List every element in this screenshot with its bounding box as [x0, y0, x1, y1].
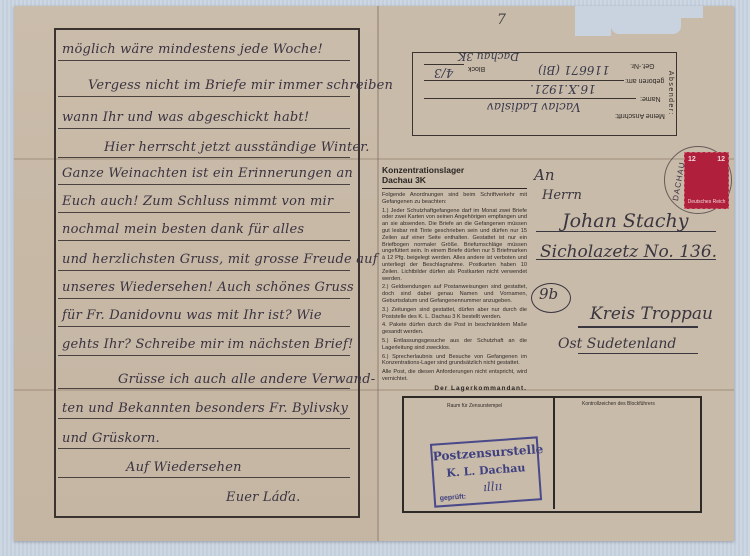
letter-line: unseres Wiedersehen! Auch schönes Gruss	[62, 280, 354, 295]
ruled-line	[58, 298, 350, 299]
letter-line: wann Ihr und was abgeschickt habt!	[62, 110, 309, 125]
sender-label-name: Name:	[640, 95, 661, 102]
sender-label-address: Meine Anschrift:	[615, 112, 665, 119]
letter-line: Ganze Weinachten ist ein Erinnerungen an	[62, 166, 353, 181]
regulations-item: Alle Post, die diesen Anforderungen nich…	[382, 369, 527, 383]
ruled-line	[58, 128, 350, 129]
letter-line: und Grüskorn.	[62, 431, 160, 446]
regulations-item: 1.) Jeder Schutzhaftgefangene darf im Mo…	[382, 208, 527, 283]
torn-edge	[575, 6, 611, 36]
recipient-district-no: 9b	[539, 285, 558, 303]
recipient-salutation: An	[534, 166, 555, 184]
regulations-item: 4. Pakete dürfen durch die Post in besch…	[382, 322, 527, 336]
ruled-line	[58, 388, 350, 389]
censor-label-right: Kontrollzeichen des Blockführers	[582, 401, 655, 407]
regulations-panel: Konzentrationslager Dachau 3K Folgende A…	[382, 165, 527, 392]
sender-rule	[424, 80, 624, 81]
sender-name: Vaclav Ladislav	[487, 100, 581, 114]
ruled-line	[58, 326, 350, 327]
ruled-line	[58, 448, 350, 449]
torn-edge	[681, 6, 703, 18]
sender-block-no: 4/3	[434, 66, 453, 80]
letter-line: nochmal mein besten dank für alles	[62, 222, 304, 237]
sender-rule	[424, 64, 464, 65]
stamp-value: 12	[688, 156, 696, 163]
ruled-line	[58, 355, 350, 356]
letter-line: Auf Wiedersehen	[126, 460, 242, 475]
censor-stamp-checked: geprüft:	[440, 493, 467, 502]
censor-stamp-line2: K. L. Dachau	[434, 460, 539, 480]
sender-rule	[424, 98, 636, 99]
recipient-region: Ost Sudetenland	[558, 336, 676, 352]
ruled-line	[58, 270, 350, 271]
ruled-line	[58, 60, 350, 61]
sender-label-block: Block	[468, 65, 485, 72]
letter-line: Vergess nicht im Briefe mir immer schrei…	[88, 78, 393, 93]
ruled-line	[58, 184, 350, 185]
letter-line: gehts Ihr? Schreibe mir im nächsten Brie…	[62, 337, 353, 352]
sender-label-born: geboren am:	[625, 77, 664, 84]
postage-stamp: 12 12 Deutsches Reich	[684, 152, 729, 209]
ruled-line	[58, 477, 350, 478]
regulations-rule	[382, 188, 527, 189]
sender-camp: Dachau 3K	[458, 50, 519, 63]
letter-signature: Euer Láďa.	[226, 490, 301, 505]
ruled-line	[58, 212, 350, 213]
letter-line: für Fr. Danidovnu was mit Ihr ist? Wie	[62, 308, 322, 323]
ruled-line	[58, 418, 350, 419]
recipient-title: Herrn	[542, 188, 582, 203]
censor-stamp: Postzensurstelle K. L. Dachau geprüft: ı…	[430, 436, 542, 507]
regulations-body: Folgende Anordnungen sind beim Schriftve…	[382, 192, 527, 383]
address-line	[536, 231, 716, 232]
sender-born: 16.X.1921.	[530, 82, 596, 96]
regulations-item: 6.) Sprecherlaubnis und Besuche von Gefa…	[382, 354, 527, 368]
sender-header: Absender:	[667, 71, 674, 116]
address-line	[536, 259, 716, 260]
stamp-value: 12	[717, 156, 725, 163]
torn-edge	[611, 6, 681, 34]
address-line	[578, 326, 698, 328]
letter-line: Euch auch! Zum Schluss nimmt von mir	[62, 194, 333, 209]
ruled-line	[58, 157, 350, 158]
regulations-item: 3.) Zeitungen sind gestattet, dürfen abe…	[382, 307, 527, 321]
regulations-title-2: Dachau 3K	[382, 175, 527, 185]
censor-signature-mark: ıllıı	[483, 479, 503, 494]
ruled-line	[58, 96, 350, 97]
letter-line: Hier herrscht jetzt ausständige Winter.	[104, 140, 370, 155]
letter-line: möglich wäre mindestens jede Woche!	[62, 42, 323, 57]
page-number-mark: 7	[497, 12, 506, 28]
letter-line: Grüsse ich auch alle andere Verwand-	[118, 372, 375, 387]
sender-label-prisoner-no: Gef.-Nr.	[630, 62, 655, 69]
address-line	[578, 353, 698, 354]
censor-divider	[553, 398, 555, 509]
regulations-item: 5.) Entlassungsgesuche aus der Schutzhaf…	[382, 338, 527, 352]
stamp-label: Deutsches Reich	[687, 199, 726, 205]
recipient-name: Johan Stachy	[562, 210, 689, 232]
regulations-title-1: Konzentrationslager	[382, 165, 527, 175]
regulations-signature: Der Lagerkommandant.	[382, 385, 527, 392]
recipient-district: Kreis Troppau	[590, 304, 713, 324]
ruled-line	[58, 240, 350, 241]
sender-prisoner-no: 116671 (Bl)	[538, 63, 610, 77]
regulations-intro: Folgende Anordnungen sind beim Schriftve…	[382, 192, 527, 206]
regulations-item: 2.) Geldsendungen auf Postanweisungen si…	[382, 284, 527, 304]
censor-label-left: Raum für Zensurstempel	[447, 403, 502, 409]
letter-line: und herzlichsten Gruss, mit grosse Freud…	[62, 252, 378, 267]
letter-line: ten und Bekannten besonders Fr. Bylivsky	[62, 401, 348, 416]
